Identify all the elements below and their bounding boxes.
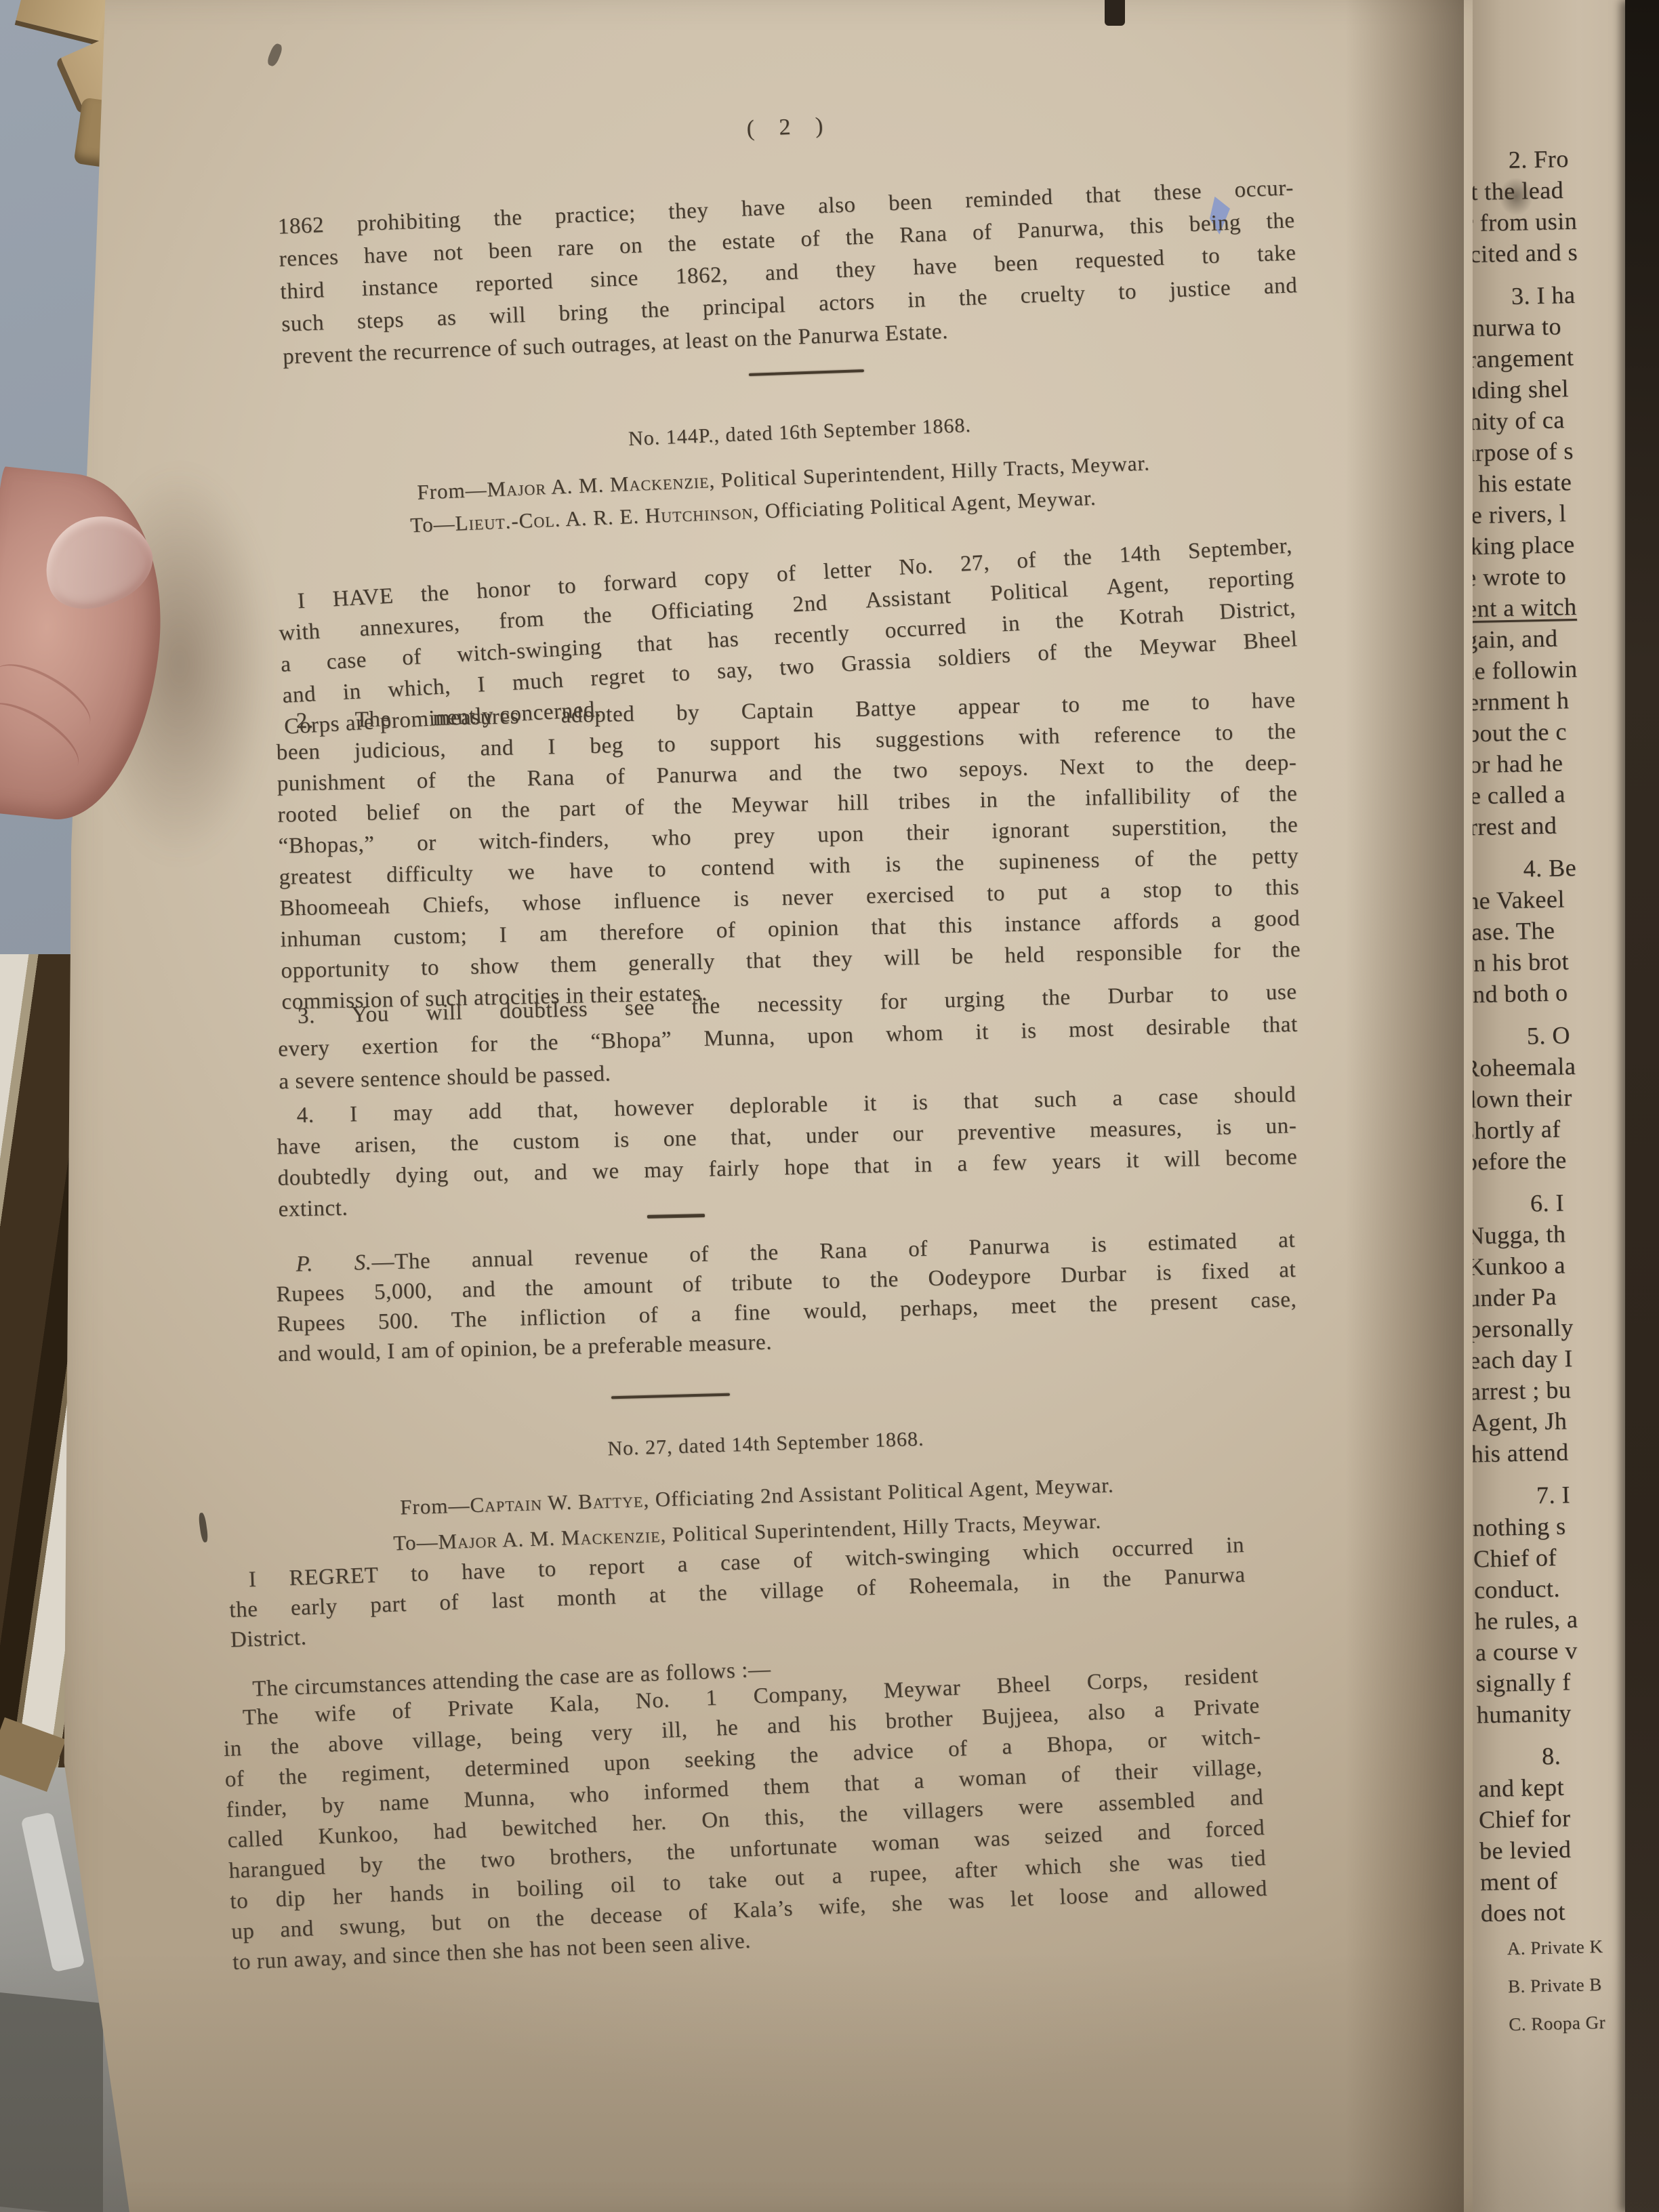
right-page-text-line: the followin [1454,653,1622,687]
right-page-text-line: of his estate [1450,466,1618,500]
right-page-text-line: purpose of s [1450,434,1617,469]
from-name: Captain W. Battye [470,1488,644,1517]
right-page-text-line: under Pa [1467,1279,1635,1313]
letter1-paragraph-2: 2. The measures adopted by Captain Batty… [275,684,1301,1017]
right-page-text-line: 5. O [1462,1018,1629,1052]
page-number: ( 2 ) [680,108,899,148]
to-label: To— [410,512,456,537]
right-page-text-line: arrest and [1458,808,1625,842]
right-page-text-line: he rules, a [1474,1602,1641,1637]
right-page-paragraph: 4. Bethe Vakeelcase. Theon his brotand b… [1458,851,1629,1010]
right-page-paragraph: 8.and keptChief forbe leviedment ofdoes … [1477,1738,1648,1929]
from-title: , Officiating 2nd Assistant Political Ag… [643,1473,1114,1511]
right-page-text-line: down their [1463,1080,1631,1115]
letter2-heading: No. 27, dated 14th September 1868. [241,1412,1292,1477]
footnote-line: C. Roopa Gr [1509,2003,1638,2043]
separator-rule-3 [611,1393,730,1399]
right-page-text-line: he wrote to [1452,559,1620,594]
to-label: To— [393,1530,438,1555]
right-page-text-line: vent a witch [1453,590,1620,625]
to-name: Lieut.-Col. A. R. E. Hutchinson [455,499,754,535]
right-page-text-line: the Vakeel [1459,882,1626,916]
paper-fleck [266,42,284,67]
letter1-paragraph-4: 4. I may add that, however deplorable it… [276,1079,1298,1225]
right-page-paragraph: 3. I haPanurwa toarrangementfinding shel… [1446,279,1624,843]
right-page-text-line: Roheemala [1462,1049,1630,1084]
right-page-footnotes: A. Private KB. Private BC. Roopa Gr [1507,1927,1638,2043]
right-page-text-line: again, and [1454,621,1621,656]
right-page-text-line: case. The [1460,913,1627,947]
separator-rule [749,369,864,376]
right-page-text-line: before the [1465,1143,1632,1177]
from-label: From— [400,1493,470,1519]
right-page-text-line: each day I [1469,1341,1636,1376]
letter2-paragraph-1: I REGRET to have to report a case of wit… [228,1530,1247,1655]
separator-rule-2 [647,1214,705,1218]
right-page-text-line: on his brot [1460,944,1628,979]
footnote-line: A. Private K [1507,1927,1636,1967]
right-page-text-line: about the c [1456,715,1623,750]
right-page-paragraph: 5. ORoheemaladown theirshortly afbefore … [1462,1018,1632,1177]
right-page-text-line: 7. I [1472,1477,1639,1512]
right-page-text-line: arrangement [1448,341,1615,375]
binding-cloth-bottom-dark [0,1992,103,2212]
book-cover-edge [1625,0,1659,2212]
right-page-text-line: tunity of ca [1449,403,1616,438]
intro-paragraph: 1862 prohibiting the practice; they have… [277,171,1299,373]
right-page-paragraph: 6. INugga, thKunkoo aunder Papersonallye… [1466,1185,1639,1469]
right-page-text-line: Agent, Jh [1470,1404,1637,1438]
right-page-text-line: 4. Be [1458,851,1626,885]
right-page-text-line: taking place [1452,528,1619,562]
right-page-text-line: vernment h [1455,684,1622,718]
from-name: Major A. M. Mackenzie [487,468,710,501]
right-page-text-line: finding shel [1448,372,1616,407]
right-page-text-line: Nugga, th [1467,1216,1634,1251]
right-page-text-line: arrest ; bu [1469,1372,1637,1407]
right-page-text-line: nor had he [1456,746,1624,781]
letter1-heading: No. 144P., dated 16th September 1868. [274,396,1326,469]
margin-pen-mark [198,1513,209,1543]
right-page-text-line: does not [1480,1894,1647,1929]
right-page-text-line: and kept [1478,1769,1645,1804]
footnote-line: B. Private B [1507,1965,1637,2005]
right-page-text-line: nothing s [1473,1509,1640,1543]
right-page-text-line: 6. I [1466,1185,1633,1220]
right-page-column: 2. Froth t the leadfar from usinexcited … [1443,142,1647,1941]
postscript: P. S.—The annual revenue of the Rana of … [275,1225,1298,1370]
right-page-text-line: signally f [1475,1664,1643,1699]
page-top-tab [1105,0,1125,26]
right-page-text-line: his attend [1471,1435,1638,1469]
right-page-text-line: the rivers, l [1451,497,1618,531]
right-page-text-line: humanity [1476,1696,1643,1730]
right-page-text-line: ment of [1479,1863,1647,1898]
right-page-text-line: Kunkoo a [1467,1248,1634,1282]
to-name: Major A. M. Mackenzie [438,1523,661,1553]
right-page-text-line: conduct. [1473,1571,1641,1605]
right-page-text-line: and both o [1461,975,1629,1010]
left-page: ( 2 ) 1862 prohibiting the practice; the… [54,0,1473,2212]
letter2-paragraph-3: The wife of Private Kala, No. 1 Company,… [222,1660,1269,1978]
right-page-text-line: Chief of [1473,1540,1640,1574]
right-page-text-line: 8. [1477,1738,1645,1773]
photo-of-open-book: { "page_number": "( 2 )", "colors": { "p… [0,0,1659,2212]
from-label: From— [417,478,488,504]
right-page-text-line: a course v [1475,1633,1642,1668]
right-page-text-line: Chief for [1479,1801,1646,1835]
right-page-text-line: shortly af [1464,1111,1631,1146]
right-page-paragraph: 7. Inothing sChief ofconduct.he rules, a… [1472,1477,1644,1730]
right-page-text-line: be levied [1479,1832,1647,1866]
right-page-text-line: be called a [1457,777,1624,812]
ps-label: P. S. [295,1250,372,1277]
right-page-text-line: personally [1468,1310,1635,1345]
